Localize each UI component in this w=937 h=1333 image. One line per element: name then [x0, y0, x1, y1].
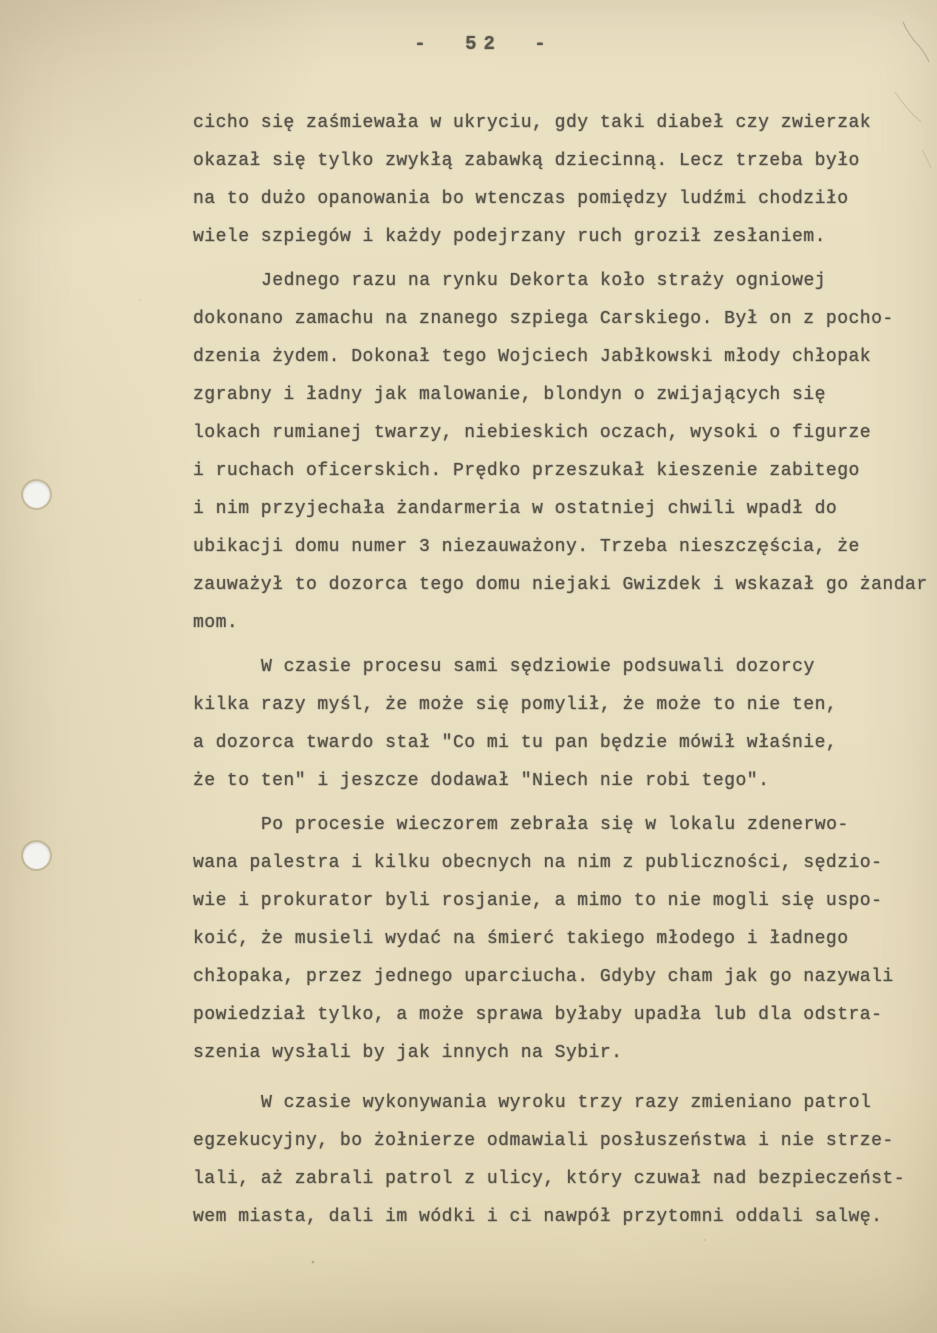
- page-number: - 52 -: [0, 33, 937, 55]
- document-body: cicho się zaśmiewała w ukryciu, gdy taki…: [193, 104, 937, 1236]
- paragraph-3: W czasie procesu sami sędziowie podsuwal…: [193, 648, 937, 800]
- hole-punch-top: [23, 481, 50, 508]
- paragraph-5: W czasie wykonywania wyroku trzy razy zm…: [193, 1084, 937, 1236]
- document-page: - 52 - cicho się zaśmiewała w ukryciu, g…: [0, 0, 937, 1333]
- paragraph-1: cicho się zaśmiewała w ukryciu, gdy taki…: [193, 104, 937, 256]
- hole-punch-bottom: [23, 842, 50, 869]
- paragraph-2: Jednego razu na rynku Dekorta koło straż…: [193, 262, 937, 642]
- paragraph-4: Po procesie wieczorem zebrała się w loka…: [193, 806, 937, 1072]
